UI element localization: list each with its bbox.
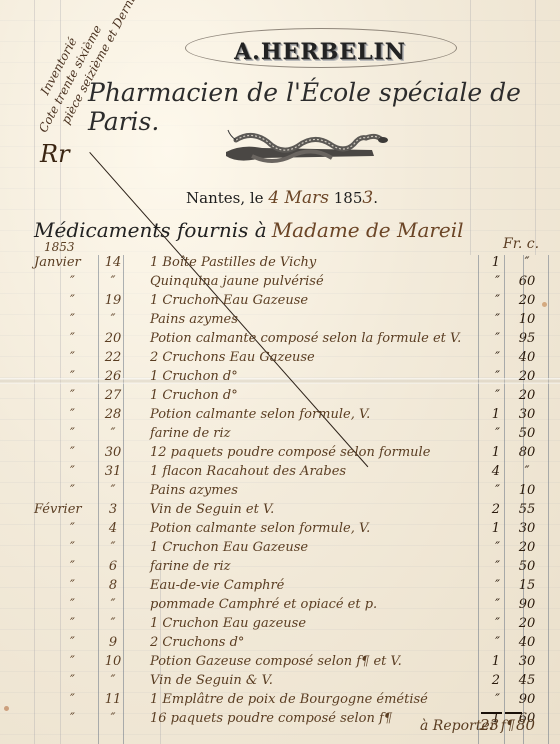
total-centimes: 80 [516,716,535,734]
year-column-header: 1853 [44,240,75,254]
line-item: ″″Pains azymes″10 [0,312,560,332]
item-description: Pains azymes [150,483,238,498]
francs: ″ [478,483,500,498]
day: 10 [100,654,126,669]
day: 31 [100,464,126,479]
day: 28 [100,407,126,422]
line-item: ″20Potion calmante composé selon la form… [0,331,560,351]
day: ″ [100,274,126,289]
day: ″ [100,673,126,688]
line-item: ″92 Cruchons d°″40 [0,635,560,655]
francs: 4 [478,464,500,479]
day: ″ [100,540,126,555]
line-item: ″311 flacon Racahout des Arabes4″ [0,464,560,484]
centimes: 95 [514,331,540,346]
line-item: ″″Quinquina jaune pulvérisé″60 [0,274,560,294]
day: 6 [100,559,126,574]
item-description: 1 Cruchon Eau Gazeuse [150,540,308,555]
line-item: ″4Potion calmante selon formule, V.130 [0,521,560,541]
firm-name: A.HERBELIN [200,39,440,65]
day: ″ [100,711,126,726]
day: 30 [100,445,126,460]
billed-to-label: Médicaments fournis à [34,218,267,242]
item-description: 2 Cruchons Eau Gazeuse [150,350,315,365]
line-item: ″28Potion calmante selon formule, V.130 [0,407,560,427]
francs: ″ [478,331,500,346]
francs: ″ [478,692,500,707]
carry-forward-label: à Reporter f¶ [420,718,515,734]
item-description: Potion calmante selon formule, V. [150,521,370,536]
centimes: 50 [514,426,540,441]
day: 3 [100,502,126,517]
item-description: Vin de Seguin & V. [150,673,273,688]
francs: 1 [478,654,500,669]
month: Janvier [34,255,80,270]
line-item: ″3012 paquets poudre composé selon formu… [0,445,560,465]
item-description: farine de riz [150,426,231,441]
centimes: ″ [514,255,540,270]
item-description: 1 Cruchon d° [150,369,238,384]
centimes: 20 [514,388,540,403]
day: ″ [100,483,126,498]
item-description: Potion Gazeuse composé selon f¶ et V. [150,654,402,669]
day: 22 [100,350,126,365]
centimes: 50 [514,559,540,574]
centimes: 30 [514,654,540,669]
item-description: Vin de Seguin et V. [150,502,274,517]
centimes: 90 [514,597,540,612]
day: 27 [100,388,126,403]
centimes: 20 [514,293,540,308]
snake-on-branch-icon [222,126,392,168]
item-description: 1 Boîte Pastilles de Vichy [150,255,316,270]
handwritten-year-digit: 3 [362,188,373,208]
line-item: ″″1 Cruchon Eau gazeuse″20 [0,616,560,636]
signature: Rr [40,140,70,168]
item-description: 16 paquets poudre composé selon f¶ [150,711,392,726]
date-line: Nantes, le 4 Mars 1853. [186,188,378,208]
centimes: 40 [514,635,540,650]
item-description: 12 paquets poudre composé selon formule [150,445,430,460]
day: 8 [100,578,126,593]
francs: 1 [478,445,500,460]
day: ″ [100,597,126,612]
francs: ″ [478,635,500,650]
customer-name: Madame de Mareil [272,218,464,242]
currency-column-header: Fr. c. [503,236,539,252]
day: 4 [100,521,126,536]
item-description: Potion calmante composé selon la formule… [150,331,461,346]
francs: ″ [478,388,500,403]
day: 11 [100,692,126,707]
item-description: Quinquina jaune pulvérisé [150,274,324,289]
francs: ″ [478,616,500,631]
centimes: ″ [514,464,540,479]
francs: 2 [478,502,500,517]
line-item: ″″1 Cruchon Eau Gazeuse″20 [0,540,560,560]
day: ″ [100,426,126,441]
item-description: Potion calmante selon formule, V. [150,407,370,422]
place-label: Nantes, le [186,189,264,207]
item-description: farine de riz [150,559,231,574]
francs: ″ [478,350,500,365]
billed-to-line: Médicaments fournis à Madame de Mareil [34,218,464,243]
francs: ″ [478,312,500,327]
line-item: Janvier141 Boîte Pastilles de Vichy1″ [0,255,560,275]
centimes: 10 [514,483,540,498]
francs: 1 [478,521,500,536]
item-description: Eau-de-vie Camphré [150,578,284,593]
handwritten-date: 4 Mars [268,188,329,208]
centimes: 40 [514,350,540,365]
francs: 1 [478,255,500,270]
line-item: ″″pommade Camphré et opiacé et p.″90 [0,597,560,617]
centimes: 20 [514,369,540,384]
day: ″ [100,616,126,631]
item-description: 1 Cruchon d° [150,388,238,403]
total-francs: 23 [480,716,499,734]
day: 9 [100,635,126,650]
day: ″ [100,312,126,327]
francs: ″ [478,559,500,574]
item-description: 2 Cruchons d° [150,635,244,650]
francs: ″ [478,578,500,593]
francs: ″ [478,274,500,289]
centimes: 90 [514,692,540,707]
francs: ″ [478,597,500,612]
day: 26 [100,369,126,384]
francs: ″ [478,426,500,441]
line-item: ″261 Cruchon d°″20 [0,369,560,389]
centimes: 30 [514,407,540,422]
total-rule [505,712,522,714]
line-item: ″111 Emplâtre de poix de Bourgogne éméti… [0,692,560,712]
item-description: pommade Camphré et opiacé et p. [150,597,377,612]
centimes: 45 [514,673,540,688]
line-item: ″″Pains azymes″10 [0,483,560,503]
line-item: ″6farine de riz″50 [0,559,560,579]
centimes: 20 [514,616,540,631]
francs: ″ [478,293,500,308]
month: Février [34,502,80,517]
francs: 1 [478,407,500,422]
item-description: 1 Emplâtre de poix de Bourgogne émétisé [150,692,428,707]
day: 14 [100,255,126,270]
line-item: ″10Potion Gazeuse composé selon f¶ et V.… [0,654,560,674]
line-item: ″″farine de riz″50 [0,426,560,446]
centimes: 30 [514,521,540,536]
centimes: 15 [514,578,540,593]
line-item: ″191 Cruchon Eau Gazeuse″20 [0,293,560,313]
line-item: ″″Vin de Seguin & V.245 [0,673,560,693]
centimes: 20 [514,540,540,555]
day: 19 [100,293,126,308]
francs: ″ [478,369,500,384]
line-item: ″222 Cruchons Eau Gazeuse″40 [0,350,560,370]
centimes: 10 [514,312,540,327]
item-description: 1 Cruchon Eau gazeuse [150,616,306,631]
day: 20 [100,331,126,346]
printed-year: 185 [334,189,363,207]
line-item: ″8Eau-de-vie Camphré″15 [0,578,560,598]
centimes: 55 [514,502,540,517]
item-description: Pains azymes [150,312,238,327]
centimes: 80 [514,445,540,460]
francs: ″ [478,540,500,555]
total-rule [481,712,502,714]
line-item: Février3Vin de Seguin et V.255 [0,502,560,522]
francs: 2 [478,673,500,688]
centimes: 60 [514,274,540,289]
item-description: 1 Cruchon Eau Gazeuse [150,293,308,308]
invoice-page: Inventorié Cote trente sixième pièce sei… [0,0,560,744]
line-item: ″271 Cruchon d°″20 [0,388,560,408]
item-description: 1 flacon Racahout des Arabes [150,464,346,479]
